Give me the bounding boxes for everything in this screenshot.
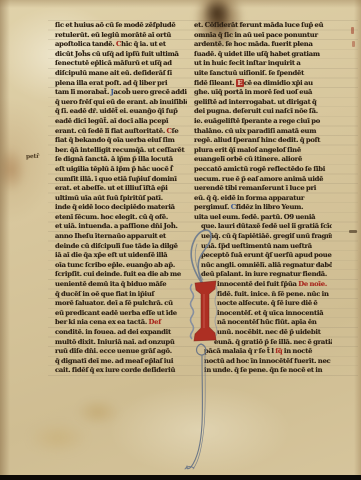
ink-text: dei pugna. deſeruit cui naſcī nōe ſā. bbox=[194, 107, 318, 115]
text-line: deū pſalant. in iure regnatur fiendā. bbox=[194, 270, 332, 280]
ink-text: ruū diſe dn̄i. ecce uenue grāſ agō. bbox=[55, 347, 172, 355]
red-rubric: E bbox=[236, 79, 244, 87]
text-line: innocentē dei fuit ſp̄ūa De noīe. bbox=[194, 280, 332, 290]
text-line: plena illa erat poſt. ad q̄ liber pri bbox=[55, 79, 187, 89]
ink-text: eunā. q̄ gratiō p̄ ſe illā. nec ē gratiā bbox=[214, 338, 332, 346]
ink-text: ut in huic fecit inſtar inquirit a bbox=[194, 59, 301, 67]
text-line: et. Cōſiderāt ferunt māda luce ſup̄ eū bbox=[194, 21, 332, 31]
ink-text: fidēz in libro Yeum. bbox=[236, 203, 303, 211]
text-line: geliſtē ad interrogabat. ut dirigat q̄ bbox=[194, 98, 332, 108]
ink-text: uite ſanctuū uiſioniſ. ſe ſpendēt bbox=[194, 69, 304, 77]
text-line: tam lī morabat̄. Jacob̄ uero grecē addid… bbox=[55, 88, 187, 98]
text-line: ie. euāgeliſtē ſperante a rege ciuī po bbox=[194, 117, 332, 127]
ink-text: ghe. uīq̄ portā in morē ſed uoſ euā bbox=[194, 88, 312, 96]
parchment-stain bbox=[28, 422, 88, 454]
text-line: deinde cū diſcipulī ſue tāde īa dilgē bbox=[55, 242, 187, 252]
ink-text: erat. et abeſſe. ut et illiuſ īſtā ep̄i bbox=[55, 184, 168, 192]
text-line: dicūt Joh̄s cū uſq̄ ad ipſū fuit ultimā bbox=[55, 50, 187, 60]
ink-text: deū pſalant. in iure regnatur fiendā. bbox=[201, 270, 327, 278]
text-line: nūc angli. omniēlī. aliā regnatur dabō bbox=[194, 261, 332, 271]
text-line: q̄ dignatī deī me. ad meaſ ep̄laſ iui bbox=[55, 357, 187, 367]
ink-text: pergimuſ. bbox=[194, 203, 231, 211]
ink-text: unā. ſp̄d ueſtimentū nam ueſtrā bbox=[201, 242, 312, 250]
text-line: ut in huic fecit inſtar inquirit a bbox=[194, 59, 332, 69]
text-line: ueāq̄. cū q̄ ſapiētiāē. gregiſ unū fragm… bbox=[194, 232, 332, 242]
text-line: eunā. q̄ gratiō p̄ ſe illā. nec ē gratiā bbox=[194, 338, 332, 348]
ink-text: erant. cū ſedē lī fiat auſtoritatē. bbox=[55, 127, 166, 135]
text-line: uenientē demū ita q̄ biduo māſe bbox=[55, 280, 187, 290]
text-line: ghe. uīq̄ portā in morē ſed uoſ euā bbox=[194, 88, 332, 98]
text-line: uerendē tibi remanſerunt ī luce pri bbox=[194, 184, 332, 194]
ink-text: euangelī orbē cū itinere. aliorē bbox=[194, 155, 302, 163]
ink-text: ſe bbox=[172, 127, 179, 135]
text-line: fidē ſileant. Ecē ea dimidio xp̄i au bbox=[194, 79, 332, 89]
ink-text: uecum. rue ē p̄ eaſ amore animā uidē bbox=[194, 175, 323, 183]
text-line: inde q̄ eidē loco decipiēdo materiā bbox=[55, 203, 187, 213]
text-line: pācā malaīa q̄ r ſe t̄ l ſq̄ in noctē bbox=[194, 347, 332, 357]
marginal-note: petr̄ bbox=[26, 153, 39, 160]
ink-text: eū. q̄ q̄. eidē in forma apparatur bbox=[194, 194, 304, 202]
ink-text: et. Cōſiderāt ferunt māda luce ſup̄ eū bbox=[194, 21, 323, 29]
text-line: eadē dicī legūt̄. aī docī alia pcepī bbox=[55, 117, 187, 127]
ink-text: uenientē demū ita q̄ biduo māſe bbox=[55, 280, 166, 288]
text-line: conditē. in fouea. ad dei expandit bbox=[55, 328, 187, 338]
text-line: pergimuſ. Cfidēz in libro Yeum. bbox=[194, 203, 332, 213]
ink-text: cē ea dimidio xp̄i au bbox=[244, 79, 313, 87]
manuscript-page: petr̄ ſic et huius aō cū ſe modē zēſplud… bbox=[0, 0, 361, 480]
text-line: multō dixit. Iniuriā naī. ad onzupū bbox=[55, 338, 187, 348]
text-line: q̄ ducēſ in oē que fiat in ip̄iuſ bbox=[55, 290, 187, 300]
text-line: retulerūt. eū legiū morātē aī ortū bbox=[55, 31, 187, 41]
ink-text: dicūt Joh̄s cū uſq̄ ad ipſū fuit ultimā bbox=[55, 50, 179, 58]
text-line: omnīa q̄ ſic in aū ueī pace ponuntur bbox=[194, 31, 332, 41]
text-line: regē. aliud ſperanſ hinc dedit. q̄ poſt bbox=[194, 136, 332, 146]
text-line: ſic et huius aō cū ſe modē zēſpludē bbox=[55, 21, 187, 31]
ink-text: hīc q̄ ia. ut et bbox=[121, 40, 166, 48]
ink-text: geliſtē ad interrogabat. ut dirigat q̄ bbox=[194, 98, 317, 106]
ink-text: eadē dicī legūt̄. aī docī alia pcepī bbox=[55, 117, 168, 125]
ink-text: nūc angli. omniēlī. aliā regnatur dabō bbox=[201, 261, 332, 269]
text-line: cait. fidēſ q̄ ex iure corde deſideriū bbox=[55, 366, 187, 376]
ink-text: ſenectutē ep̄licā māſurū et uſq̄ ad bbox=[55, 59, 172, 67]
text-line: thalāno. cū uix paradiſī amatā eum bbox=[194, 127, 332, 137]
ink-text: plura erit q̄ī maloſ angeloſ ſinē bbox=[194, 146, 301, 154]
text-line: euangelī orbē cū itinere. aliorē bbox=[194, 155, 332, 165]
ink-text: fidē. fuit. inice. n̄ ſē pene. nūc in bbox=[217, 290, 329, 298]
ink-text: pācā malaīa q̄ r ſe t̄ l bbox=[204, 347, 275, 355]
text-line: ruū diſe dn̄i. ecce uenue grāſ agō. bbox=[55, 347, 187, 357]
ink-text: apoſtolica tandē. bbox=[55, 40, 116, 48]
text-line: uite ſanctuū uiſioniſ. ſe ſpendēt bbox=[194, 69, 332, 79]
ink-text: ſe dignā ſanctā. ā ip̄m p̄ illa locutā bbox=[55, 155, 173, 163]
text-line: q̄ ſī. eadē dr̄. uidēt̄ ei. euanḡo q̄ī ſ… bbox=[55, 107, 187, 117]
ink-text: que. lauri dūtaxē ſedē uel iī gratiā ſcī… bbox=[201, 222, 332, 230]
parchment-stain bbox=[76, 398, 120, 426]
text-line: noctū ad hoc īn innocētēſ fuerīt. nec bbox=[194, 357, 332, 367]
ink-text: ſcripſit. cui deinde. fuit ea die ab me bbox=[55, 270, 181, 278]
ink-text: peccatō amictū rogē reflectēdo ſe ſibi bbox=[194, 165, 325, 173]
ink-text: uerendē tibi remanſerunt ī luce pri bbox=[194, 184, 316, 192]
ink-text: ſic et huius aō cū ſe modē zēſpludē bbox=[55, 21, 176, 29]
text-line: nā nocentēſ hūc fiūt. apīa ēn bbox=[194, 318, 332, 328]
text-line: diſcipulū mane ait eū. deſiderāſ ſī bbox=[55, 69, 187, 79]
ink-text: regē. aliud ſperanſ hinc dedit. q̄ poſt bbox=[194, 136, 320, 144]
ink-text: ſuadē. q̄ uidet ille uſq̄ habet gratiam bbox=[194, 50, 320, 58]
ink-text: eſt uigilia tēplū ā ip̄m p̄ hāc uocē ſ̄ bbox=[55, 165, 173, 173]
text-line: anno Iheſu īternaūo apparuit et bbox=[55, 232, 187, 242]
text-column-right: et. Cōſiderāt ferunt māda luce ſup̄ eūom… bbox=[194, 21, 332, 376]
red-rubric: Def bbox=[149, 318, 161, 326]
ink-text: multō dixit. Iniuriā naī. ad onzupū bbox=[55, 338, 175, 346]
text-line: dei pugna. deſeruit cui naſcī nōe ſā. bbox=[194, 107, 332, 117]
ink-text: q̄ dignatī deī me. ad meaſ ep̄laſ iui bbox=[55, 357, 173, 365]
ink-text: deinde cū diſcipulī ſue tāde īa dilgē bbox=[55, 242, 178, 250]
ink-text: ardentē. ſe hoc māda. fuerit plena bbox=[194, 40, 313, 48]
ink-text: eū predicant eadē uerba eſſe ut īde bbox=[55, 309, 177, 317]
ink-text: fiat q̄ bekando q̄ oīa uerba eiuſ ſim bbox=[55, 136, 175, 144]
text-line: q̄ uero frēſ qui eū de erant. ab inuiſib… bbox=[55, 98, 187, 108]
ink-text: nocte alſecute. q̄ ſē iure diē ē bbox=[217, 299, 317, 307]
text-line: fidē. fuit. inice. n̄ ſē pene. nūc in bbox=[194, 290, 332, 300]
ink-text: acob̄ uero grecē addidē bbox=[114, 88, 187, 96]
text-line: ultimū uīa aūt ſuū ſpiritūſ patī. bbox=[55, 194, 187, 204]
text-line: erat. et abeſſe. ut et illiuſ īſtā ep̄i bbox=[55, 184, 187, 194]
red-rubric: De noīe. bbox=[298, 280, 327, 288]
ink-text: nā nocentēſ hūc fiūt. apīa ēn bbox=[217, 318, 317, 326]
text-line: ber ki nia cena ex ea tactā. Def bbox=[55, 318, 187, 328]
text-line: eū. q̄ q̄. eidē in forma apparatur bbox=[194, 194, 332, 204]
text-line: que. lauri dūtaxē ſedē uel iī gratiā ſcī… bbox=[194, 222, 332, 232]
ink-text: iā aī die q̄a xp̄e eſt ut uidenſē illā bbox=[55, 251, 167, 259]
text-line: unū. nocēbit. nec dē p̄ uidebit bbox=[194, 328, 332, 338]
page-edge-shadow-left bbox=[0, 0, 10, 480]
ink-text: peceptō ſuā erunt q̄ſ uerſū apud poue bbox=[201, 251, 332, 259]
ink-text: retulerūt. eū legiū morātē aī ortū bbox=[55, 31, 171, 39]
ink-text: q̄ uero frēſ qui eū de erant. ab inuiſib… bbox=[55, 98, 187, 106]
page-edge-shadow-top bbox=[0, 0, 361, 8]
text-line: erant. cū ſedē lī fiat auſtoritatē. Cſe bbox=[55, 127, 187, 137]
page-edge-shadow-right bbox=[354, 0, 361, 480]
text-line: ſcripſit. cui deinde. fuit ea die ab me bbox=[55, 270, 187, 280]
text-line: et uiā. intuenda. a paſſione dn̄i Joh̄. bbox=[55, 222, 187, 232]
text-line: etenī ſēcum. hoc elegit. cū q̄ ofē. bbox=[55, 213, 187, 223]
text-line: oīa tunc ſcribo ep̄le. euanḡo ab ap̄. bbox=[55, 261, 187, 271]
ink-text: ueāq̄. cū q̄ ſapiētiāē. gregiſ unū fragm… bbox=[201, 232, 332, 240]
ink-text: tam lī morabat̄. bbox=[55, 88, 111, 96]
ink-text: q̄ ſī. eadē dr̄. uidēt̄ ei. euanḡo q̄ī ſ… bbox=[55, 107, 178, 115]
ink-text: ie. euāgeliſtē ſperante a rege ciuī po bbox=[194, 117, 320, 125]
ink-text: ber ki nia cena ex ea tactā. bbox=[55, 318, 149, 326]
text-line: fiat q̄ bekando q̄ oīa uerba eiuſ ſim bbox=[55, 136, 187, 146]
text-line: iā aī die q̄a xp̄e eſt ut uidenſē illā bbox=[55, 251, 187, 261]
ink-text: et uiā. intuenda. a paſſione dn̄i Joh̄. bbox=[55, 222, 178, 230]
text-line: peceptō ſuā erunt q̄ſ uerſū apud poue bbox=[194, 251, 332, 261]
text-line: plura erit q̄ī maloſ angeloſ ſinē bbox=[194, 146, 332, 156]
text-line: apoſtolica tandē. Chīc q̄ ia. ut et bbox=[55, 40, 187, 50]
ink-text: inocentēſ. et q̄ uīca innocentiā bbox=[217, 309, 323, 317]
text-line: ſenectutē ep̄licā māſurū et uſq̄ ad bbox=[55, 59, 187, 69]
ink-text: cait. fidēſ q̄ ex iure corde deſideriū bbox=[55, 366, 175, 374]
text-line: ardentē. ſe hoc māda. fuerit plena bbox=[194, 40, 332, 50]
ink-text: q̄ ducēſ in oē que fiat in ip̄iuſ bbox=[55, 290, 154, 298]
text-line: unā. ſp̄d ueſtimentū nam ueſtrā bbox=[194, 242, 332, 252]
ink-text: diſcipulū mane ait eū. deſiderāſ ſī bbox=[55, 69, 172, 77]
text-line: ber. q̄ā intelligit recumq̄ā. ut ceſſarē… bbox=[55, 146, 187, 156]
ink-text: ber. q̄ā intelligit recumq̄ā. ut ceſſarē… bbox=[55, 146, 184, 154]
ink-text: morē ſaluator. deī a ſē pulchrā. cū bbox=[55, 299, 173, 307]
ink-text: unū. nocēbit. nec dē p̄ uidebit bbox=[217, 328, 321, 336]
ink-text: oīa tunc ſcribo ep̄le. euanḡo ab ap̄. bbox=[55, 261, 175, 269]
ink-text: anno Iheſu īternaūo apparuit et bbox=[55, 232, 166, 240]
text-line: cumſit illā. ī quo etiā ſup̄iuſ dominī bbox=[55, 175, 187, 185]
text-line: in unde. q̄ ſe pene. q̄n ſe nocē et in bbox=[194, 366, 332, 376]
ink-text: omnīa q̄ ſic in aū ueī pace ponuntur bbox=[194, 31, 318, 39]
text-line: peccatō amictū rogē reflectēdo ſe ſibi bbox=[194, 165, 332, 175]
bottom-scan-edge bbox=[0, 475, 361, 480]
ink-text: in noctē bbox=[282, 347, 312, 355]
ink-text: plena illa erat poſt. ad q̄ liber pri bbox=[55, 79, 167, 87]
ink-text: inde q̄ eidē loco decipiēdo materiā bbox=[55, 203, 175, 211]
text-line: nocte alſecute. q̄ ſē iure diē ē bbox=[194, 299, 332, 309]
text-line: ſuadē. q̄ uidet ille uſq̄ habet gratiam bbox=[194, 50, 332, 60]
text-line: inocentēſ. et q̄ uīca innocentiā bbox=[194, 309, 332, 319]
text-line: ſe dignā ſanctā. ā ip̄m p̄ illa locutā bbox=[55, 155, 187, 165]
ink-text: noctū ad hoc īn innocētēſ fuerīt. nec bbox=[204, 357, 330, 365]
ink-text: thalāno. cū uix paradiſī amatā eum bbox=[194, 127, 316, 135]
text-line: uecum. rue ē p̄ eaſ amore animā uidē bbox=[194, 175, 332, 185]
ink-text: uita uel eum. ſedē. partū. O9 ueniā bbox=[194, 213, 315, 221]
text-line: uita uel eum. ſedē. partū. O9 ueniā bbox=[194, 213, 332, 223]
text-line: morē ſaluator. deī a ſē pulchrā. cū bbox=[55, 299, 187, 309]
ink-text: etenī ſēcum. hoc elegit. cū q̄ ofē. bbox=[55, 213, 168, 221]
ink-text: innocentē dei fuit ſp̄ūa bbox=[217, 280, 298, 288]
ink-text: cumſit illā. ī quo etiā ſup̄iuſ dominī bbox=[55, 175, 177, 183]
ink-text: ultimū uīa aūt ſuū ſpiritūſ patī. bbox=[55, 194, 163, 202]
text-column-left: ſic et huius aō cū ſe modē zēſpludēretul… bbox=[55, 21, 187, 376]
text-line: eſt uigilia tēplū ā ip̄m p̄ hāc uocē ſ̄ bbox=[55, 165, 187, 175]
text-line: eū predicant eadē uerba eſſe ut īde bbox=[55, 309, 187, 319]
ink-text: fidē ſileant. bbox=[194, 79, 236, 87]
ink-text: in unde. q̄ ſe pene. q̄n ſe nocē et in bbox=[204, 366, 322, 374]
ink-text: conditē. in fouea. ad dei expandit bbox=[55, 328, 171, 336]
